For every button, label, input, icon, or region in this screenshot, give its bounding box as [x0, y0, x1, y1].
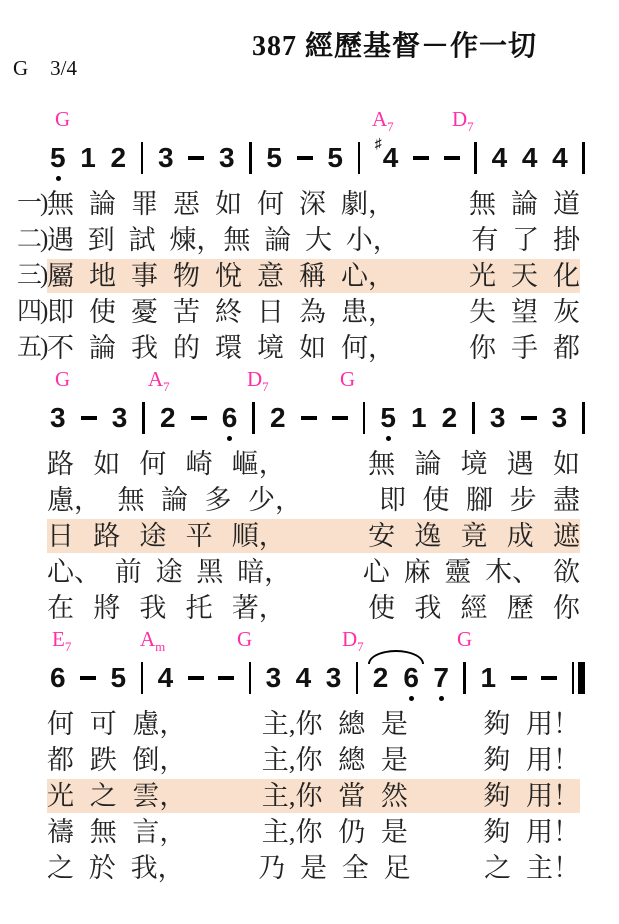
- lyric-text: 路如何崎嶇，無論境遇如: [47, 447, 580, 481]
- note-value: 5: [266, 144, 282, 172]
- chord-label: A7: [148, 366, 170, 400]
- lyric-cluster: 逸: [414, 518, 441, 554]
- note-value: 3: [266, 664, 282, 692]
- lyric-cluster: 試: [129, 222, 156, 258]
- lyric-cluster: 論: [161, 482, 188, 518]
- lyric-cluster: 我: [414, 590, 441, 626]
- note-value: 1: [480, 664, 496, 692]
- barline: [252, 402, 255, 434]
- chord-subscript: 7: [163, 379, 170, 394]
- lyric-cluster: 光: [469, 258, 496, 294]
- note-value: 3: [552, 404, 568, 432]
- lyric-cluster: 安: [368, 518, 395, 554]
- lyric-cluster: 主,你: [262, 706, 323, 742]
- lyric-cluster: 用！: [526, 706, 580, 742]
- note-value: 2: [160, 404, 176, 432]
- note-value: 2: [373, 664, 389, 692]
- chord-label: D7: [452, 106, 474, 140]
- barline: [582, 142, 585, 174]
- note-value: 2: [111, 144, 127, 172]
- note-value: 5: [380, 404, 396, 432]
- lyric-cluster: 如: [215, 186, 242, 222]
- lyric-cluster: 我: [131, 330, 158, 366]
- lyric-cluster: 深: [299, 186, 326, 222]
- lyric-cluster: 遇: [507, 446, 534, 482]
- chord-subscript: 7: [262, 379, 269, 394]
- notation-line: 3326251233: [50, 398, 585, 438]
- hymn-sheet-page: 387 經歷基督－作一切 G 3/4 GA7D75123355♯4444一)無論…: [0, 0, 619, 924]
- lyric-cluster: 之: [484, 850, 511, 886]
- verse-number: 三): [17, 258, 47, 294]
- hymn-title: 387 經歷基督－作一切: [252, 24, 537, 64]
- lyric-cluster: 盡: [553, 482, 580, 518]
- lyric-cluster: 歷: [507, 590, 534, 626]
- music-body: GA7D75123355♯4444一)無論罪惡如何深劇，無論道二)遇到試煉，無論…: [0, 106, 619, 886]
- lyric-cluster: 慮，: [132, 706, 186, 742]
- lyric-cluster: 當: [338, 778, 365, 814]
- lyric-cluster: 我，: [131, 850, 185, 886]
- lyric-cluster: 主,你: [262, 778, 323, 814]
- note: ♯4: [375, 144, 399, 172]
- note: 2: [442, 404, 458, 432]
- lyric-cluster: 是: [381, 706, 408, 742]
- lyric-cluster: 事: [131, 258, 158, 294]
- lyric-cluster: 夠: [483, 778, 510, 814]
- lyric-cluster: 論: [264, 222, 291, 258]
- chord-label: G: [55, 366, 70, 392]
- lyric-cluster: 言，: [132, 814, 186, 850]
- lyric-line: 一)無論罪惡如何深劇，無論道: [17, 186, 619, 222]
- note: 2: [270, 404, 286, 432]
- lyric-cluster: 使: [368, 590, 395, 626]
- lyric-cluster: 論: [414, 446, 441, 482]
- lyric-cluster: 嶇，: [232, 446, 286, 482]
- note: 7: [433, 664, 449, 692]
- lyric-cluster: 全: [342, 850, 369, 886]
- note: 3: [112, 404, 128, 432]
- lyric-cluster: 夠: [483, 742, 510, 778]
- lyric-cluster: 跌: [90, 742, 117, 778]
- chord-label: Am: [140, 626, 165, 660]
- lyric-cluster: 路: [93, 518, 120, 554]
- lyric-text: 在將我托著，使我經歷你: [47, 591, 580, 625]
- note-value: 4: [552, 144, 568, 172]
- lyric-cluster: 何: [139, 446, 166, 482]
- note-value: 3: [50, 404, 66, 432]
- lyric-cluster: 主,你: [262, 742, 323, 778]
- barline: [474, 142, 477, 174]
- lyric-cluster: 終: [215, 294, 242, 330]
- barline: [358, 142, 361, 174]
- lyric-cluster: 心: [363, 554, 390, 590]
- note-value: 4: [522, 144, 538, 172]
- barline: [141, 662, 144, 694]
- lyric-cluster: 崎: [186, 446, 213, 482]
- lyric-cluster: 夠: [483, 706, 510, 742]
- lyric-cluster: 總: [338, 742, 365, 778]
- lyric-cluster: 患，: [341, 294, 395, 330]
- lyric-cluster: 順，: [232, 518, 286, 554]
- note: 4: [522, 144, 538, 172]
- lyric-cluster: 遮: [553, 518, 580, 554]
- lyric-cluster: 使: [423, 482, 450, 518]
- lyric-cluster: 境: [461, 446, 488, 482]
- lyric-cluster: 何，: [341, 330, 395, 366]
- lyric-cluster: 論: [89, 330, 116, 366]
- lyric-cluster: 是: [300, 850, 327, 886]
- lyric-text: 何可慮，主,你總是夠用！: [47, 707, 580, 741]
- lyric-cluster: 日: [47, 518, 74, 554]
- lyric-line: 日路途平順，安逸竟成遮: [17, 518, 619, 554]
- lyric-cluster: 論: [89, 186, 116, 222]
- note: 1: [411, 404, 427, 432]
- lyric-cluster: 途: [139, 518, 166, 554]
- lyric-cluster: 著，: [232, 590, 286, 626]
- lyric-cluster: 麻: [404, 554, 431, 590]
- lyric-cluster: 手: [511, 330, 538, 366]
- lyric-cluster: 如: [93, 446, 120, 482]
- lyric-text-highlighted: 日路途平順，安逸竟成遮: [47, 519, 580, 553]
- duration-dash: [81, 416, 97, 420]
- chord-subscript: 7: [357, 639, 364, 654]
- lyric-cluster: 化: [553, 258, 580, 294]
- note-value: 5: [111, 664, 127, 692]
- lyric-cluster: 然: [381, 778, 408, 814]
- note-value: 3: [158, 144, 174, 172]
- barline: [142, 402, 145, 434]
- note: 3: [266, 664, 282, 692]
- lyric-cluster: 是: [381, 814, 408, 850]
- lyric-line: 三)屬地事物悅意稱心，光天化: [17, 258, 619, 294]
- lyric-cluster: 仍: [338, 814, 365, 850]
- note-value: 3: [490, 404, 506, 432]
- final-barline-thin: [572, 662, 575, 694]
- lyric-cluster: 成: [507, 518, 534, 554]
- lyric-cluster: 經: [461, 590, 488, 626]
- lyric-line: 禱無言，主,你仍是夠用！: [17, 814, 619, 850]
- chord-subscript: 7: [387, 119, 394, 134]
- note-value: 7: [433, 664, 449, 692]
- lyric-cluster: 慮，: [47, 482, 101, 518]
- lyric-cluster: 是: [381, 742, 408, 778]
- note: 4: [158, 664, 174, 692]
- lyric-cluster: 即: [47, 294, 74, 330]
- lyric-cluster: 道: [553, 186, 580, 222]
- note: 3: [490, 404, 506, 432]
- note-value: 2: [442, 404, 458, 432]
- chord-label: G: [457, 626, 472, 652]
- lyric-cluster: 欲: [553, 554, 580, 590]
- lyric-cluster: 用！: [526, 778, 580, 814]
- lyric-cluster: 都: [553, 330, 580, 366]
- note: 5: [266, 144, 282, 172]
- lyric-cluster: 托: [186, 590, 213, 626]
- lyric-cluster: 惡: [173, 186, 200, 222]
- verse-number: 四): [17, 294, 47, 330]
- lyric-cluster: 路: [47, 446, 74, 482]
- note: 5: [111, 664, 127, 692]
- duration-dash: [188, 156, 204, 160]
- lyric-cluster: 用！: [526, 814, 580, 850]
- duration-dash: [301, 416, 317, 420]
- lyric-line: 都跌倒，主,你總是夠用！: [17, 742, 619, 778]
- lyric-cluster: 如: [299, 330, 326, 366]
- lyric-cluster: 無: [368, 446, 395, 482]
- note: 3: [50, 404, 66, 432]
- lyric-cluster: 屬: [47, 258, 74, 294]
- note: 5: [327, 144, 343, 172]
- lyric-cluster: 即: [379, 482, 406, 518]
- lyric-line: 五)不論我的環境如何，你手都: [17, 330, 619, 366]
- chord-label: G: [55, 106, 70, 132]
- lyric-cluster: 悅: [215, 258, 242, 294]
- notation-line: 5123355♯4444: [50, 138, 585, 178]
- lyric-cluster: 少，: [248, 482, 302, 518]
- lyric-cluster: 多: [205, 482, 232, 518]
- chord-subscript: 7: [467, 119, 474, 134]
- lyric-cluster: 步: [510, 482, 537, 518]
- barline: [463, 662, 466, 694]
- lyric-cluster: 境: [257, 330, 284, 366]
- lyric-cluster: 的: [173, 330, 200, 366]
- lyric-cluster: 憂: [131, 294, 158, 330]
- tie-group: 26: [373, 664, 419, 692]
- lyric-cluster: 天: [511, 258, 538, 294]
- lyric-cluster: 之: [47, 850, 74, 886]
- lyric-cluster: 於: [89, 850, 116, 886]
- note: 1: [80, 144, 96, 172]
- lyric-cluster: 遇: [47, 222, 74, 258]
- lyric-cluster: 不: [47, 330, 74, 366]
- lyric-cluster: 你: [553, 590, 580, 626]
- lyric-cluster: 如: [553, 446, 580, 482]
- lyric-cluster: 總: [338, 706, 365, 742]
- lyric-cluster: 了: [512, 222, 539, 258]
- lyric-cluster: 木、: [485, 554, 539, 590]
- lyric-cluster: 心、: [47, 554, 101, 590]
- final-barline-thick: [578, 662, 585, 694]
- lyric-cluster: 主,你: [262, 814, 323, 850]
- note: 6: [222, 404, 238, 432]
- lyric-cluster: 竟: [461, 518, 488, 554]
- lyric-cluster: 無: [118, 482, 145, 518]
- lyric-cluster: 劇，: [341, 186, 395, 222]
- barline: [249, 142, 252, 174]
- lyric-line: 光之雲，主,你當然夠用！: [17, 778, 619, 814]
- lyric-cluster: 無: [90, 814, 117, 850]
- lyric-cluster: 之: [90, 778, 117, 814]
- note: 6: [403, 664, 419, 692]
- sharp-sign: ♯: [375, 136, 382, 150]
- note-value: 6: [403, 664, 419, 692]
- note-value: 3: [219, 144, 235, 172]
- note: 5: [380, 404, 396, 432]
- note-value: 4: [158, 664, 174, 692]
- lyric-cluster: 平: [186, 518, 213, 554]
- lyric-cluster: 腳: [466, 482, 493, 518]
- lyric-cluster: 心，: [341, 258, 395, 294]
- lyric-line: 心、前途黑暗，心麻靈木、欲: [17, 554, 619, 590]
- note-value: 6: [50, 664, 66, 692]
- note-value: 3: [112, 404, 128, 432]
- note: 5: [50, 144, 66, 172]
- lyric-cluster: 都: [47, 742, 74, 778]
- lyric-cluster: 足: [384, 850, 411, 886]
- chord-row: E7AmGD7G: [0, 626, 619, 658]
- lyric-cluster: 苦: [173, 294, 200, 330]
- lyric-cluster: 物: [173, 258, 200, 294]
- key-letter: G: [13, 56, 28, 81]
- chord-row: GA7D7: [0, 106, 619, 138]
- lyric-cluster: 倒，: [132, 742, 186, 778]
- note-value: 1: [411, 404, 427, 432]
- lyric-text: 無論罪惡如何深劇，無論道: [47, 187, 580, 221]
- chord-label: G: [237, 626, 252, 652]
- lyric-line: 之於我，乃是全足之主！: [17, 850, 619, 886]
- lyric-cluster: 夠: [483, 814, 510, 850]
- note: 2: [111, 144, 127, 172]
- chord-label: D7: [342, 626, 364, 660]
- lyric-cluster: 煉，無: [169, 222, 250, 258]
- note-value: 6: [222, 404, 238, 432]
- lyric-cluster: 乃: [258, 850, 285, 886]
- chord-subscript: m: [155, 639, 165, 654]
- duration-dash: [218, 676, 234, 680]
- lyric-text: 心、前途黑暗，心麻靈木、欲: [47, 555, 580, 589]
- lyric-cluster: 何: [257, 186, 284, 222]
- note: 4: [552, 144, 568, 172]
- note: 4: [492, 144, 508, 172]
- barline: [141, 142, 144, 174]
- lyric-cluster: 可: [90, 706, 117, 742]
- key-signature: G 3/4: [13, 56, 77, 81]
- lyric-text: 遇到試煉，無論大小，有了掛: [47, 223, 580, 257]
- note: 1: [480, 664, 496, 692]
- verse-number: 五): [17, 330, 47, 366]
- duration-dash: [521, 416, 537, 420]
- note-value: 5: [50, 144, 66, 172]
- lyric-cluster: 主！: [526, 850, 580, 886]
- lyric-cluster: 失: [469, 294, 496, 330]
- note: 3: [326, 664, 342, 692]
- lyric-line: 慮，無論多少，即使腳步盡: [17, 482, 619, 518]
- lyric-cluster: 你: [469, 330, 496, 366]
- lyric-cluster: 無: [47, 186, 74, 222]
- lyric-line: 路如何崎嶇，無論境遇如: [17, 446, 619, 482]
- lyric-line: 在將我托著，使我經歷你: [17, 590, 619, 626]
- lyric-cluster: 日: [257, 294, 284, 330]
- duration-dash: [80, 676, 96, 680]
- lyric-cluster: 禱: [47, 814, 74, 850]
- lyric-text: 都跌倒，主,你總是夠用！: [47, 743, 580, 777]
- chord-label: E7: [52, 626, 71, 660]
- duration-dash: [188, 676, 204, 680]
- lyric-line: 四)即使憂苦終日為患，失望灰: [17, 294, 619, 330]
- note: 3: [158, 144, 174, 172]
- note-value: 5: [327, 144, 343, 172]
- lyric-text: 即使憂苦終日為患，失望灰: [47, 295, 580, 329]
- note-value: 3: [326, 664, 342, 692]
- lyric-cluster: 我: [139, 590, 166, 626]
- lyric-text: 慮，無論多少，即使腳步盡: [47, 483, 580, 517]
- lyric-cluster: 在: [47, 590, 74, 626]
- lyric-text-highlighted: 光之雲，主,你當然夠用！: [47, 779, 580, 813]
- lyric-cluster: 意: [257, 258, 284, 294]
- lyric-cluster: 使: [89, 294, 116, 330]
- note-value: 4: [383, 144, 399, 172]
- duration-dash: [413, 156, 429, 160]
- lyric-cluster: 小，: [346, 222, 400, 258]
- duration-dash: [444, 156, 460, 160]
- note: 3: [219, 144, 235, 172]
- duration-dash: [511, 676, 527, 680]
- lyric-cluster: 論: [511, 186, 538, 222]
- note: 2: [160, 404, 176, 432]
- note: 4: [296, 664, 312, 692]
- lyric-text: 不論我的環境如何，你手都: [47, 331, 580, 365]
- note-value: 4: [492, 144, 508, 172]
- note: 6: [50, 664, 66, 692]
- duration-dash: [332, 416, 348, 420]
- lyric-text: 之於我，乃是全足之主！: [47, 851, 580, 885]
- lyric-cluster: 為: [299, 294, 326, 330]
- note: 3: [552, 404, 568, 432]
- note-value: 2: [270, 404, 286, 432]
- lyric-cluster: 大: [305, 222, 332, 258]
- lyric-cluster: 環: [215, 330, 242, 366]
- lyric-cluster: 途: [156, 554, 183, 590]
- lyric-cluster: 前: [115, 554, 142, 590]
- duration-dash: [191, 416, 207, 420]
- note-value: 1: [80, 144, 96, 172]
- chord-label: D7: [247, 366, 269, 400]
- barline: [249, 662, 252, 694]
- chord-label: G: [340, 366, 355, 392]
- barline: [582, 402, 585, 434]
- lyric-cluster: 到: [88, 222, 115, 258]
- barline: [356, 662, 359, 694]
- duration-dash: [297, 156, 313, 160]
- lyric-line: 何可慮，主,你總是夠用！: [17, 706, 619, 742]
- lyric-cluster: 黑: [196, 554, 223, 590]
- verse-number: 一): [17, 186, 47, 222]
- lyric-cluster: 雲，: [132, 778, 186, 814]
- lyric-text-highlighted: 屬地事物悅意稱心，光天化: [47, 259, 580, 293]
- time-signature: 3/4: [50, 56, 77, 81]
- final-barline: [572, 662, 586, 694]
- lyric-cluster: 掛: [553, 222, 580, 258]
- lyric-cluster: 暗，: [237, 554, 291, 590]
- notation-line: 6543432671: [50, 658, 585, 698]
- lyric-text: 禱無言，主,你仍是夠用！: [47, 815, 580, 849]
- chord-subscript: 7: [65, 639, 72, 654]
- lyric-cluster: 何: [47, 706, 74, 742]
- duration-dash: [541, 676, 557, 680]
- verse-number: 二): [17, 222, 47, 258]
- lyric-cluster: 望: [511, 294, 538, 330]
- lyric-cluster: 灰: [553, 294, 580, 330]
- chord-row: GA7D7G: [0, 366, 619, 398]
- barline: [363, 402, 366, 434]
- lyric-cluster: 地: [89, 258, 116, 294]
- lyric-cluster: 有: [471, 222, 498, 258]
- lyric-cluster: 靈: [444, 554, 471, 590]
- lyric-cluster: 稱: [299, 258, 326, 294]
- lyric-cluster: 無: [469, 186, 496, 222]
- note-value: 4: [296, 664, 312, 692]
- lyric-line: 二)遇到試煉，無論大小，有了掛: [17, 222, 619, 258]
- barline: [472, 402, 475, 434]
